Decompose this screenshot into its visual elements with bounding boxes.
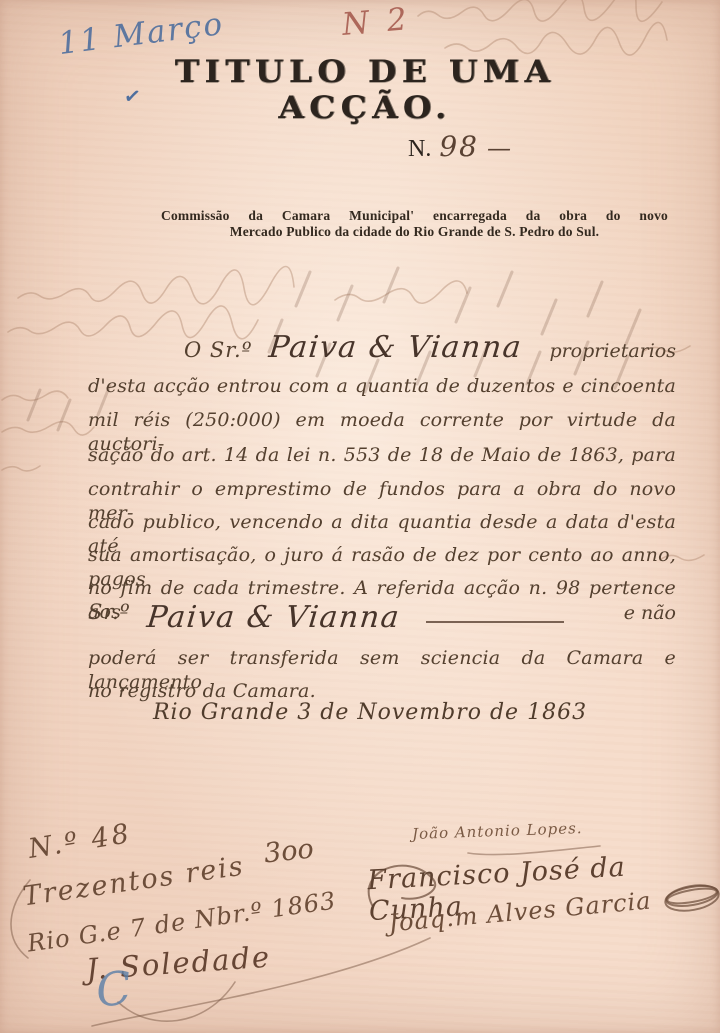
scanned-share-certificate: 11 Março ✓ N 2 TITULO DE UMA ACÇÃO. N. 9… bbox=[0, 0, 720, 1033]
holder-prefix: Sr.º bbox=[88, 600, 131, 624]
amount-figure-note: 3oo bbox=[263, 833, 316, 869]
certificate-title: TITULO DE UMA ACÇÃO. bbox=[84, 54, 646, 126]
holder-suffix: e não bbox=[624, 602, 676, 624]
body-line-1: d'esta acção entrou com a quantia de duz… bbox=[88, 374, 676, 398]
share-number-line: N. 98 — bbox=[408, 130, 511, 163]
issue-date-line: Rio Grande 3 de Novembro de 1863 bbox=[150, 700, 590, 725]
issuer-line-2: Mercado Publico da cidade do Rio Grande … bbox=[161, 224, 668, 240]
opening-suffix: proprietarios bbox=[549, 340, 676, 362]
transfer-dash bbox=[426, 621, 564, 623]
registry-number-note: N.º 48 bbox=[26, 818, 134, 865]
signature-lopes: João Antonio Lopes. bbox=[412, 819, 583, 843]
issuer-heading: Commissão da Camara Municipal' encarrega… bbox=[161, 208, 668, 239]
blue-paraph-mark: C bbox=[93, 960, 134, 1017]
share-number-value: 98 bbox=[439, 130, 479, 163]
body-holder-line: Sr.º Paiva & Vianna e não bbox=[88, 600, 676, 635]
body-opening-line: O Sr.º Paiva & Vianna proprietarios bbox=[88, 330, 676, 365]
opening-prefix: O Sr.º bbox=[184, 338, 253, 362]
share-number-dash: — bbox=[487, 134, 511, 162]
share-number-label: N. bbox=[408, 136, 431, 163]
issuer-line-1: Commissão da Camara Municipal' encarrega… bbox=[161, 208, 668, 224]
shareholder-name: Paiva & Vianna bbox=[267, 330, 524, 365]
body-line-3: sação do art. 14 da lei n. 553 de 18 de … bbox=[88, 443, 676, 467]
shareholder-name-2: Paiva & Vianna bbox=[145, 600, 402, 635]
document-number-note: N 2 bbox=[341, 1, 413, 43]
